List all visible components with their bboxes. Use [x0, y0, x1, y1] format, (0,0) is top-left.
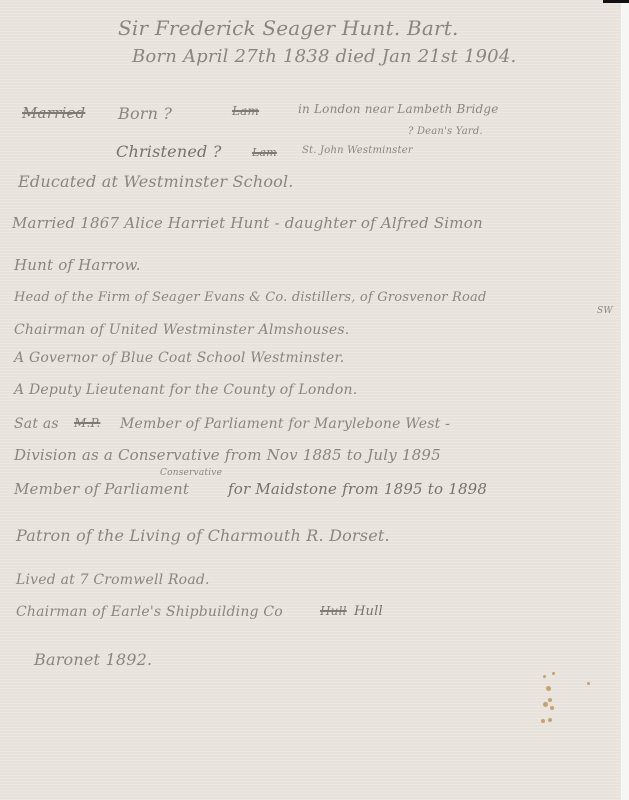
born-note: ? Dean's Yard.	[408, 126, 483, 137]
christened-label: Christened ?	[116, 142, 222, 161]
title-line: Sir Frederick Seager Hunt. Bart.	[118, 16, 459, 40]
patron-line: Patron of the Living of Charmouth R. Dor…	[16, 526, 390, 545]
sat-line-2: Division as a Conservative from Nov 1885…	[14, 446, 441, 464]
maidstone-line-b: for Maidstone from 1895 to 1898	[228, 480, 487, 498]
baronet-line: Baronet 1892.	[34, 650, 152, 669]
manuscript-page: Sir Frederick Seager Hunt. Bart. Born Ap…	[0, 0, 621, 800]
born-label: Born ?	[118, 104, 172, 123]
dates-line: Born April 27th 1838 died Jan 21st 1904.	[132, 46, 516, 67]
firm-line: Head of the Firm of Seager Evans & Co. d…	[14, 290, 486, 305]
born-place: in London near Lambeth Bridge	[298, 102, 499, 116]
governor-line: A Governor of Blue Coat School Westminst…	[14, 350, 344, 366]
married-line-2: Hunt of Harrow.	[14, 256, 141, 274]
deputy-line: A Deputy Lieutenant for the County of Lo…	[14, 382, 357, 398]
almshouses-line: Chairman of United Westminster Almshouse…	[14, 322, 349, 338]
shipbuilding-place: Hull	[354, 604, 383, 619]
sat-line-b: Member of Parliament for Marylebone West…	[120, 416, 450, 432]
scan-corner	[603, 0, 629, 3]
struck-word: Married	[22, 104, 85, 122]
maidstone-line-a: Member of Parliament	[14, 480, 189, 498]
lived-line: Lived at 7 Cromwell Road.	[16, 572, 210, 588]
page-edge	[621, 0, 629, 800]
married-line-1: Married 1867 Alice Harriet Hunt - daught…	[12, 214, 483, 232]
firm-sw: SW	[597, 306, 613, 316]
struck-word: Hull	[320, 604, 347, 618]
christened-place: St. John Westminster	[302, 145, 413, 156]
sat-line-a: Sat as	[14, 416, 59, 432]
struck-word: Lam	[232, 104, 259, 118]
maidstone-insert: Conservative	[160, 468, 222, 478]
shipbuilding-line: Chairman of Earle's Shipbuilding Co	[16, 604, 283, 620]
struck-word: Lam	[252, 146, 277, 159]
struck-word: M.P.	[74, 416, 100, 430]
educated-line: Educated at Westminster School.	[18, 172, 294, 191]
